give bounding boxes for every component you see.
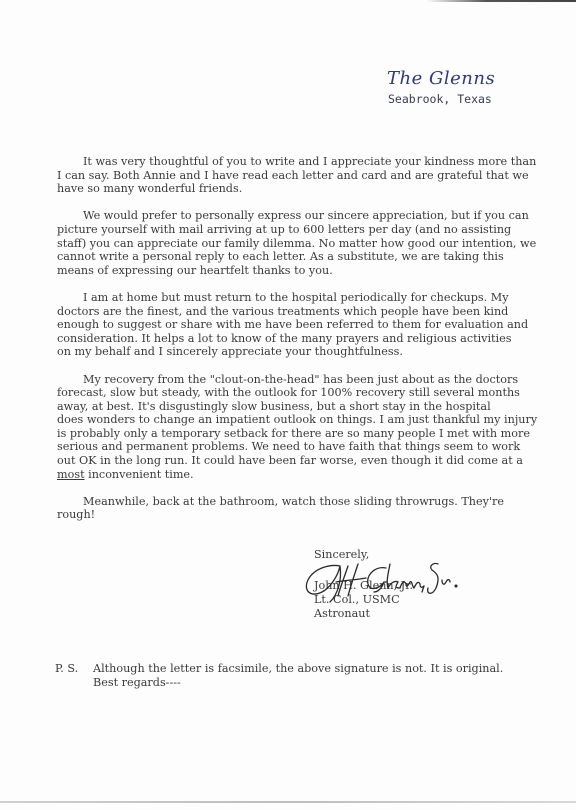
- postscript-line-1: Although the letter is facsimile, the ab…: [93, 662, 503, 675]
- line: forecast, slow but steady, with the outl…: [57, 386, 537, 400]
- line: staff) you can appreciate our family dil…: [57, 237, 537, 251]
- paragraph-2: We would prefer to personally express ou…: [57, 209, 537, 277]
- underlined-word: most: [57, 468, 85, 481]
- postscript: P. S.Although the letter is facsimile, t…: [55, 662, 503, 690]
- line: means of expressing our heartfelt thanks…: [57, 264, 537, 278]
- line: away, at best. It's disgustingly slow bu…: [57, 400, 537, 414]
- line: consideration. It helps a lot to know of…: [57, 332, 537, 346]
- line: on my behalf and I sincerely appreciate …: [57, 345, 537, 359]
- letterhead-place: Seabrook, Texas: [388, 92, 495, 106]
- line: enough to suggest or share with me have …: [57, 318, 537, 332]
- paragraph-5: Meanwhile, back at the bathroom, watch t…: [57, 495, 537, 522]
- paragraph-3: I am at home but must return to the hosp…: [57, 291, 537, 359]
- line: We would prefer to personally express ou…: [57, 209, 537, 223]
- letter-body: It was very thoughtful of you to write a…: [57, 155, 537, 536]
- line: does wonders to change an impatient outl…: [57, 413, 537, 427]
- signer-title: Astronaut: [314, 607, 413, 621]
- line: I am at home but must return to the hosp…: [57, 291, 537, 305]
- page-edge-bottom: [0, 801, 576, 803]
- paragraph-1: It was very thoughtful of you to write a…: [57, 155, 537, 196]
- line-rest: inconvenient time.: [85, 468, 194, 481]
- line: is probably only a temporary setback for…: [57, 427, 537, 441]
- postscript-line-2: Best regards----: [55, 676, 503, 690]
- line: doctors are the finest, and the various …: [57, 305, 537, 319]
- page-edge-top: [426, 0, 576, 2]
- line: serious and permanent problems. We need …: [57, 440, 537, 454]
- line: rough!: [57, 508, 537, 522]
- line: It was very thoughtful of you to write a…: [57, 155, 537, 169]
- letterhead-name: The Glenns: [387, 68, 495, 90]
- line-with-emphasis: most inconvenient time.: [57, 468, 537, 482]
- line: cannot write a personal reply to each le…: [57, 250, 537, 264]
- line: Meanwhile, back at the bathroom, watch t…: [57, 495, 537, 509]
- line: have so many wonderful friends.: [57, 182, 537, 196]
- postscript-label: P. S.: [55, 662, 93, 676]
- line: My recovery from the "clout-on-the-head"…: [57, 373, 537, 387]
- line: I can say. Both Annie and I have read ea…: [57, 169, 537, 183]
- handwritten-signature: [300, 558, 460, 608]
- letter-page: The Glenns Seabrook, Texas It was very t…: [0, 0, 576, 810]
- line: out OK in the long run. It could have be…: [57, 454, 537, 468]
- line: picture yourself with mail arriving at u…: [57, 223, 537, 237]
- paragraph-4: My recovery from the "clout-on-the-head"…: [57, 373, 537, 482]
- letterhead: The Glenns Seabrook, Texas: [387, 68, 495, 106]
